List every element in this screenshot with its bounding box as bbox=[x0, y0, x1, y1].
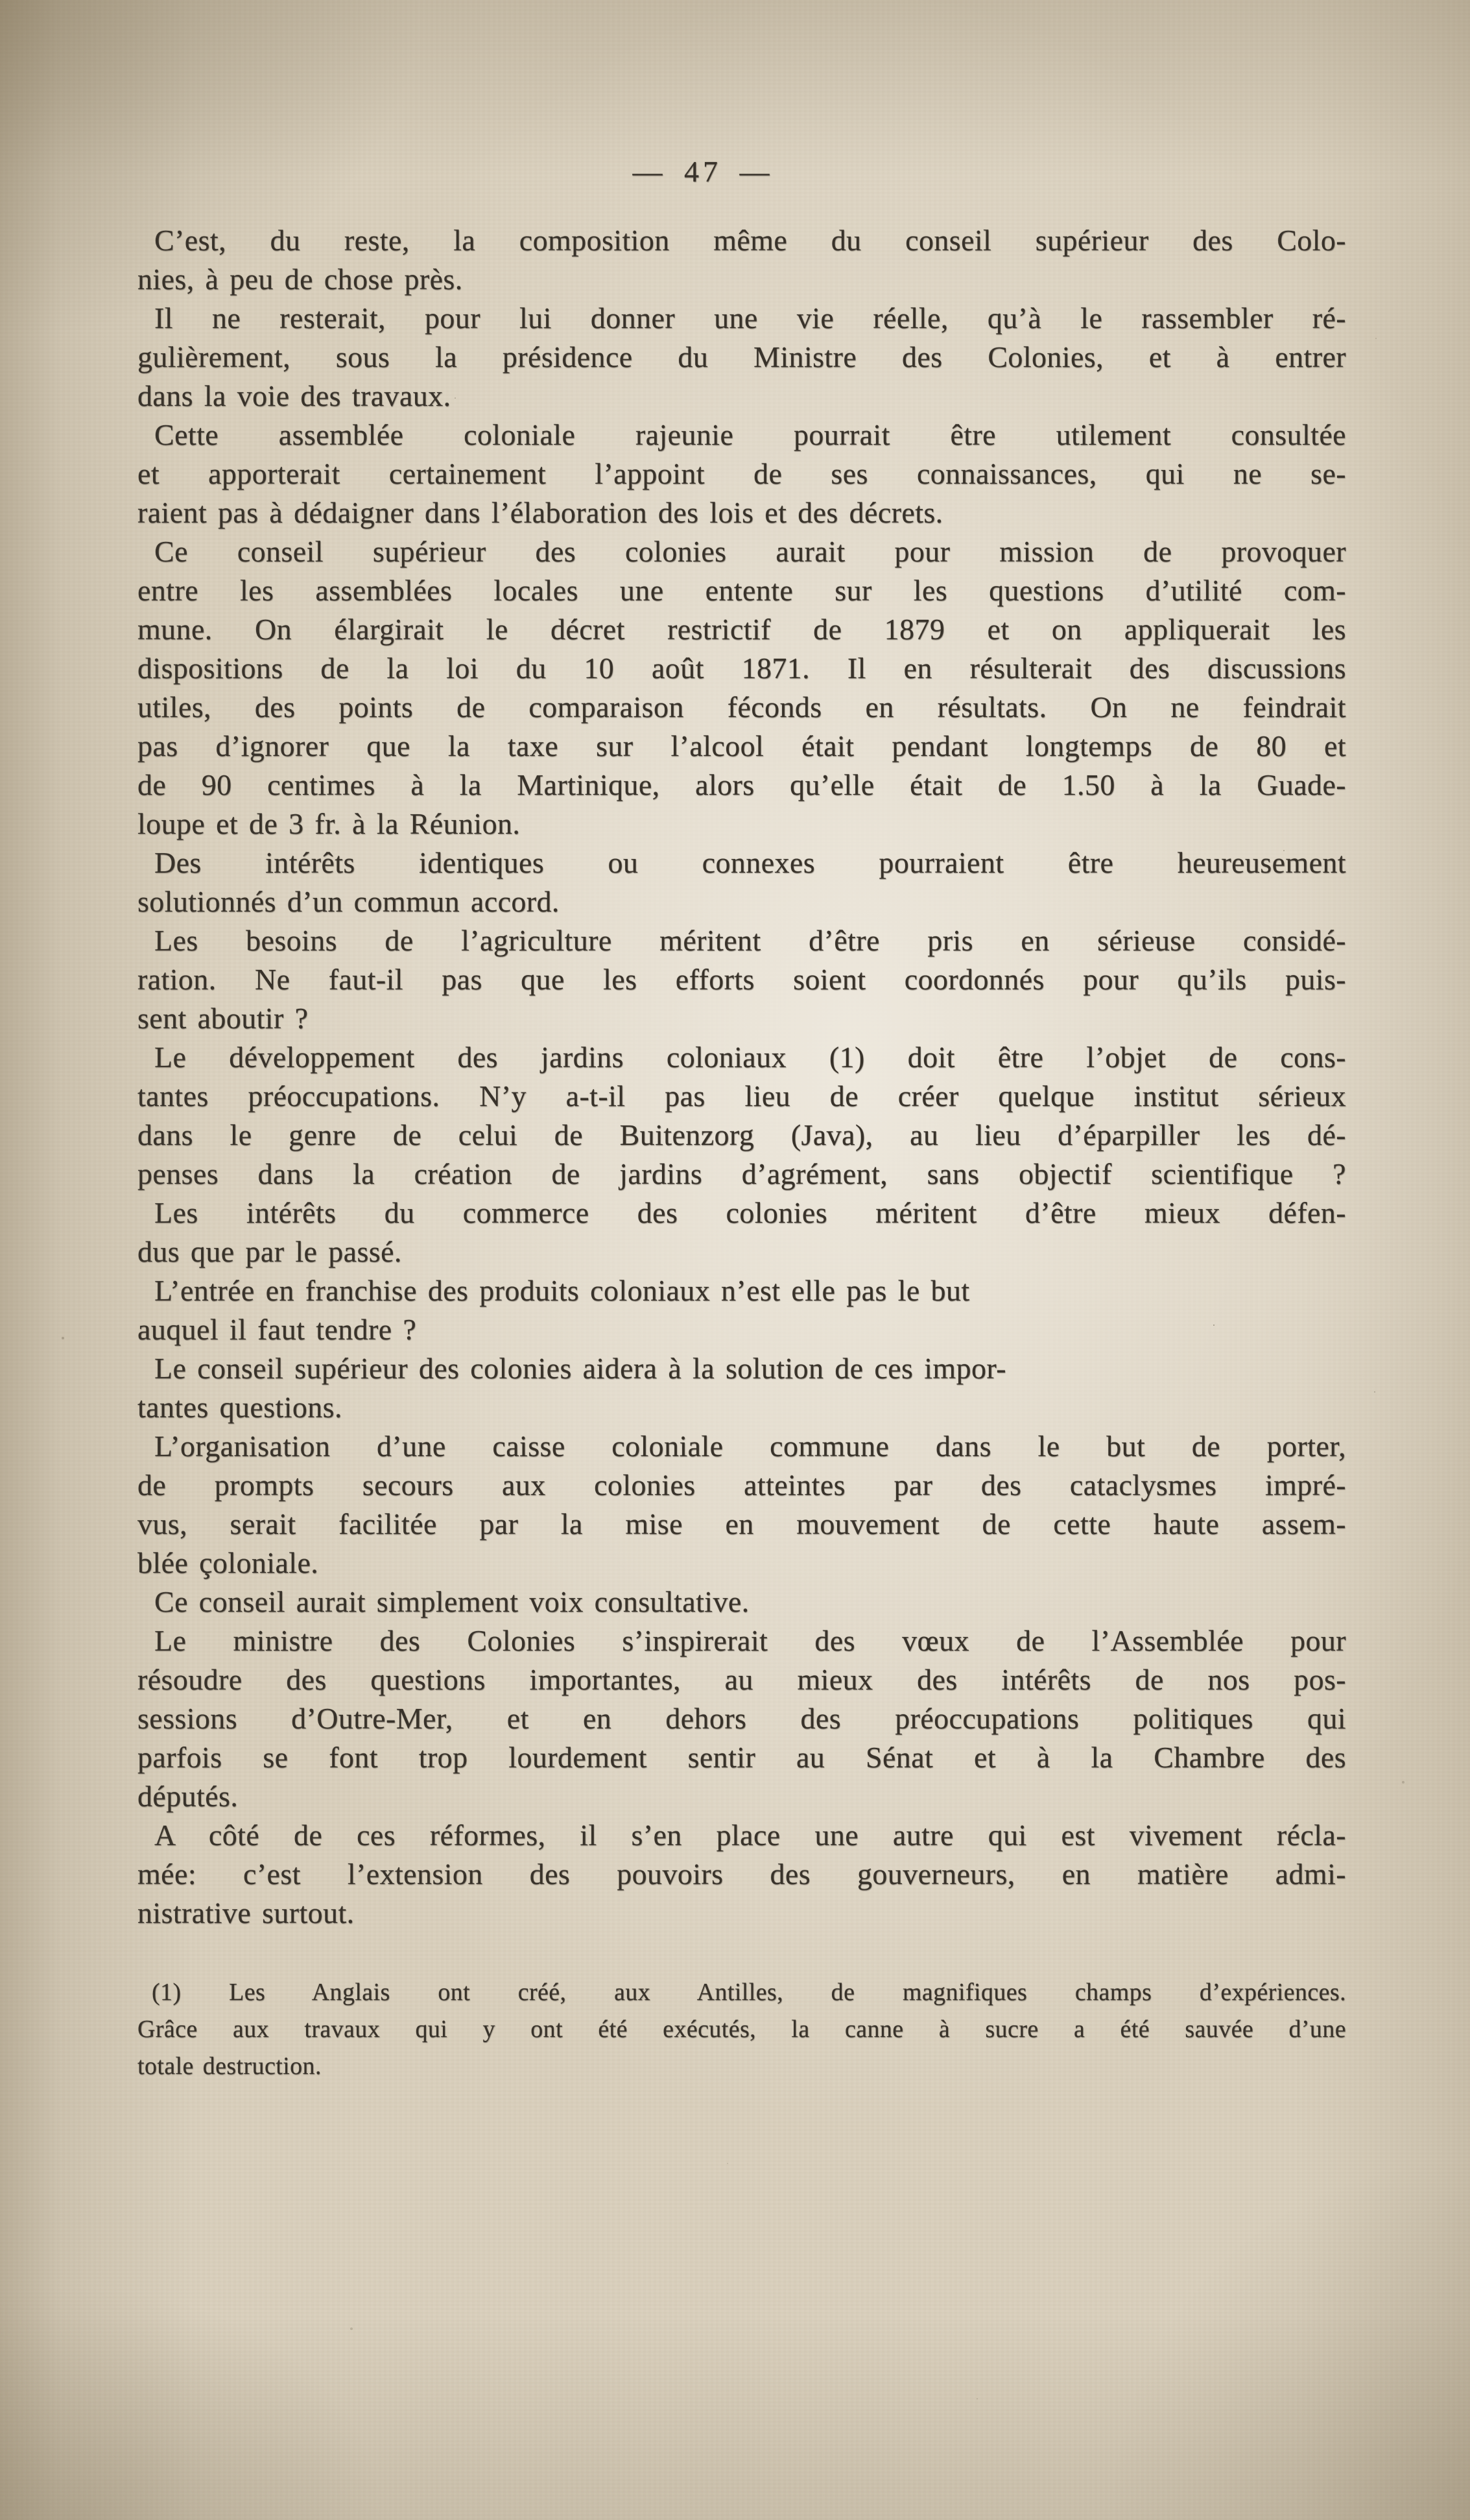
scanned-book-page: — 47 — C’est, du reste, la composition m… bbox=[0, 0, 1470, 2520]
paragraph: C’est, du reste, la composition même du … bbox=[137, 221, 1346, 299]
text-line: blée çoloniale. bbox=[137, 1544, 1346, 1583]
text-line: Le développement des jardins coloniaux (… bbox=[137, 1038, 1346, 1077]
text-line: Grâce aux travaux qui y ont été exécutés… bbox=[137, 2011, 1346, 2048]
text-line: Cette assemblée coloniale rajeunie pourr… bbox=[137, 416, 1346, 454]
text-line: entre les assemblées locales une entente… bbox=[137, 571, 1346, 610]
text-line: dans la voie des travaux. bbox=[137, 377, 1346, 416]
text-line: dispositions de la loi du 10 août 1871. … bbox=[137, 649, 1346, 688]
text-line: A côté de ces réformes, il s’en place un… bbox=[137, 1816, 1346, 1855]
paragraph: Les intérêts du commerce des colonies mé… bbox=[137, 1194, 1346, 1271]
text-line: sent aboutir ? bbox=[137, 999, 1346, 1038]
text-line: solutionnés d’un commun accord. bbox=[137, 882, 1346, 921]
text-line: députés. bbox=[137, 1777, 1346, 1816]
text-line: Les besoins de l’agriculture méritent d’… bbox=[137, 921, 1346, 960]
text-line: Les intérêts du commerce des colonies mé… bbox=[137, 1194, 1346, 1232]
text-line: mune. On élargirait le décret restrictif… bbox=[137, 610, 1346, 649]
text-line: vus, serait facilitée par la mise en mou… bbox=[137, 1505, 1346, 1544]
text-block: C’est, du reste, la composition même du … bbox=[137, 221, 1346, 2085]
text-line: L’entrée en franchise des produits colon… bbox=[137, 1271, 1346, 1310]
text-line: de 90 centimes à la Martinique, alors qu… bbox=[137, 766, 1346, 805]
text-line: tantes préoccupations. N’y a-t-il pas li… bbox=[137, 1077, 1346, 1116]
text-line: utiles, des points de comparaison fécond… bbox=[137, 688, 1346, 727]
text-line: dans le genre de celui de Buitenzorg (Ja… bbox=[137, 1116, 1346, 1155]
paragraph: Cette assemblée coloniale rajeunie pourr… bbox=[137, 416, 1346, 532]
text-line: parfois se font trop lourdement sentir a… bbox=[137, 1738, 1346, 1777]
text-line: pas d’ignorer que la taxe sur l’alcool é… bbox=[137, 727, 1346, 766]
text-line: loupe et de 3 fr. à la Réunion. bbox=[137, 805, 1346, 843]
text-line: nistrative surtout. bbox=[137, 1894, 1346, 1933]
text-line: Ce conseil aurait simplement voix consul… bbox=[137, 1583, 1346, 1621]
paragraph: L’entrée en franchise des produits colon… bbox=[137, 1271, 1346, 1349]
text-line: totale destruction. bbox=[137, 2048, 1346, 2085]
paragraph: Le développement des jardins coloniaux (… bbox=[137, 1038, 1346, 1194]
text-line: L’organisation d’une caisse coloniale co… bbox=[137, 1427, 1346, 1466]
paragraph: Ce conseil supérieur des colonies aurait… bbox=[137, 532, 1346, 843]
text-line: C’est, du reste, la composition même du … bbox=[137, 221, 1346, 260]
text-line: (1) Les Anglais ont créé, aux Antilles, … bbox=[137, 1974, 1346, 2011]
text-line: mée: c’est l’extension des pouvoirs des … bbox=[137, 1855, 1346, 1894]
paragraph: Le ministre des Colonies s’inspirerait d… bbox=[137, 1621, 1346, 1816]
page-number: — 47 — bbox=[633, 155, 774, 188]
text-line: nies, à peu de chose près. bbox=[137, 260, 1346, 299]
text-line: dus que par le passé. bbox=[137, 1232, 1346, 1271]
text-line: Le conseil supérieur des colonies aidera… bbox=[137, 1349, 1346, 1388]
footnote: (1) Les Anglais ont créé, aux Antilles, … bbox=[137, 1974, 1346, 2085]
text-line: sessions d’Outre-Mer, et en dehors des p… bbox=[137, 1699, 1346, 1738]
paragraph: A côté de ces réformes, il s’en place un… bbox=[137, 1816, 1346, 1933]
paragraph: Les besoins de l’agriculture méritent d’… bbox=[137, 921, 1346, 1038]
text-line: Il ne resterait, pour lui donner une vie… bbox=[137, 299, 1346, 338]
paragraph: Ce conseil aurait simplement voix consul… bbox=[137, 1583, 1346, 1621]
text-line: tantes questions. bbox=[137, 1388, 1346, 1427]
text-line: de prompts secours aux colonies atteinte… bbox=[137, 1466, 1346, 1505]
body-paragraphs: C’est, du reste, la composition même du … bbox=[137, 221, 1346, 1933]
text-line: résoudre des questions importantes, au m… bbox=[137, 1660, 1346, 1699]
page-number-header: — 47 — bbox=[0, 154, 1406, 189]
paragraph: Des intérêts identiques ou connexes pour… bbox=[137, 843, 1346, 921]
text-line: Ce conseil supérieur des colonies aurait… bbox=[137, 532, 1346, 571]
paragraph: Il ne resterait, pour lui donner une vie… bbox=[137, 299, 1346, 416]
paragraph: Le conseil supérieur des colonies aidera… bbox=[137, 1349, 1346, 1427]
text-line: penses dans la création de jardins d’agr… bbox=[137, 1155, 1346, 1194]
text-line: ration. Ne faut-il pas que les efforts s… bbox=[137, 960, 1346, 999]
text-line: gulièrement, sous la présidence du Minis… bbox=[137, 338, 1346, 377]
text-line: raient pas à dédaigner dans l’élaboratio… bbox=[137, 493, 1346, 532]
text-line: Le ministre des Colonies s’inspirerait d… bbox=[137, 1621, 1346, 1660]
text-line: auquel il faut tendre ? bbox=[137, 1310, 1346, 1349]
paragraph: L’organisation d’une caisse coloniale co… bbox=[137, 1427, 1346, 1583]
text-line: Des intérêts identiques ou connexes pour… bbox=[137, 843, 1346, 882]
text-line: et apporterait certainement l’appoint de… bbox=[137, 454, 1346, 493]
